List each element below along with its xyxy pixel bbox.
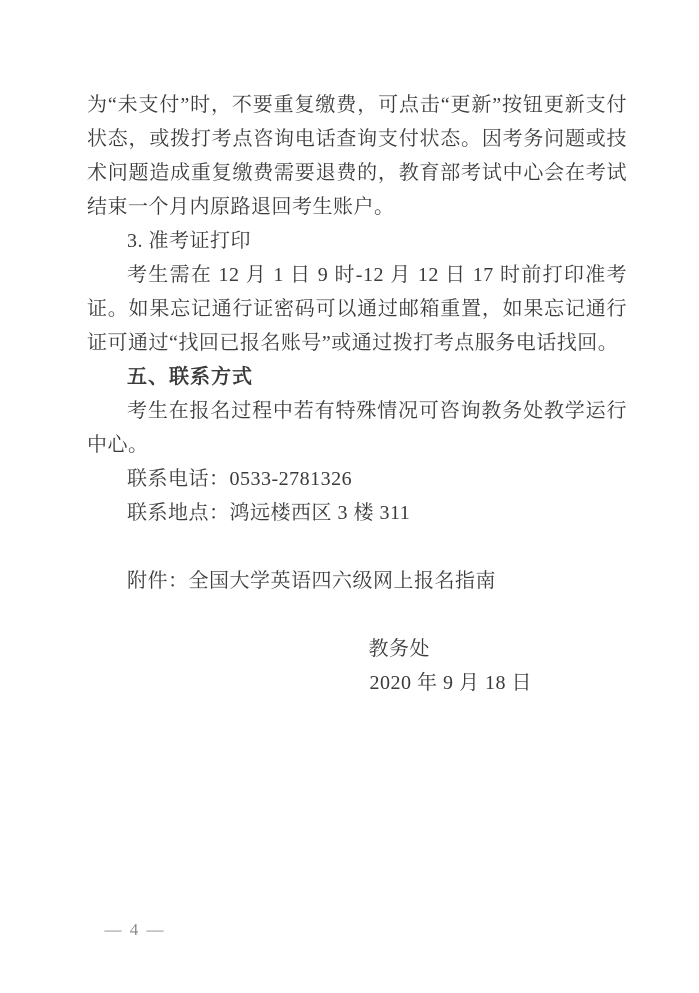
page-number: — 4 — [95, 920, 175, 940]
paragraph-admission-ticket-print: 考生需在 12 月 1 日 9 时-12 月 12 日 17 时前打印准考证。如… [87, 258, 627, 360]
paragraph-contact-intro: 考生在报名过程中若有特殊情况可咨询教务处教学运行中心。 [87, 394, 627, 462]
section-3-heading: 3. 准考证打印 [87, 224, 627, 258]
section-5-heading: 五、联系方式 [87, 360, 627, 394]
contact-address-line: 联系地点：鸿远楼西区 3 楼 311 [87, 496, 627, 530]
contact-phone-line: 联系电话：0533-2781326 [87, 462, 627, 496]
document-body: 为“未支付”时，不要重复缴费，可点击“更新”按钮更新支付状态，或拨打考点咨询电话… [87, 88, 627, 700]
signature-date: 2020 年 9 月 18 日 [87, 666, 627, 700]
signature-issuer: 教务处 [87, 632, 627, 666]
attachment-line: 附件：全国大学英语四六级网上报名指南 [87, 564, 627, 598]
document-page: 为“未支付”时，不要重复缴费，可点击“更新”按钮更新支付状态，或拨打考点咨询电话… [0, 0, 699, 993]
paragraph-payment-status: 为“未支付”时，不要重复缴费，可点击“更新”按钮更新支付状态，或拨打考点咨询电话… [87, 88, 627, 224]
